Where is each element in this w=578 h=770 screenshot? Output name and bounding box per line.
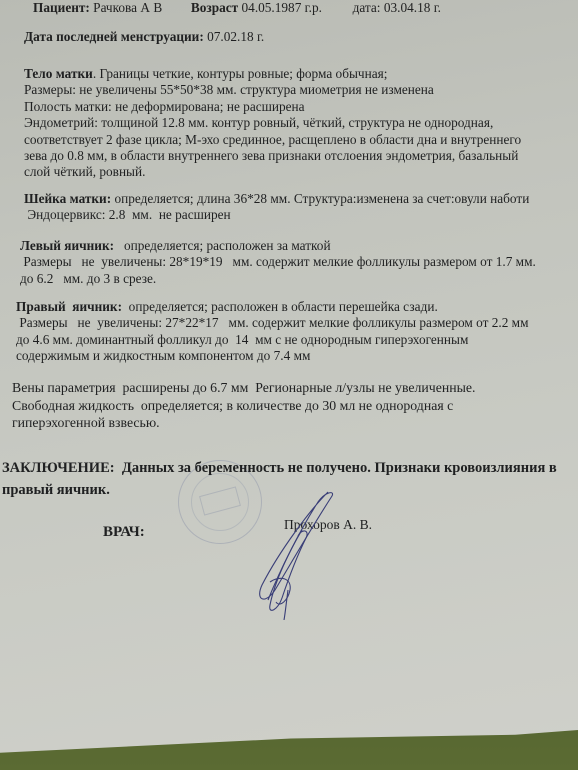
uterus-line: слой чёткий, ровный. — [24, 164, 521, 180]
doctor-label: ВРАЧ: — [103, 524, 145, 540]
conclusion-label: ЗАКЛЮЧЕНИЕ: — [2, 460, 115, 476]
patient-label: Пациент: — [33, 0, 90, 15]
left-ovary-section: Левый яичник: определяется; расположен з… — [20, 238, 536, 287]
last-menstruation: Дата последней менструации: 07.02.18 г. — [24, 29, 264, 45]
cervix-line: определяется; длина 36*28 мм. Структура:… — [111, 191, 529, 206]
patient-header: Пациент: Рачкова А В Возраст 04.05.1987 … — [33, 0, 441, 16]
right-ovary-line: содержимым и жидкостным компонентом до 7… — [16, 348, 529, 364]
cervix-section: Шейка матки: определяется; длина 36*28 м… — [24, 191, 529, 224]
uterus-line: соответствует 2 фазе цикла; М-эхо средин… — [24, 132, 521, 148]
uterus-line: . Границы четкие, контуры ровные; форма … — [93, 66, 388, 81]
left-ovary-line: определяется; расположен за маткой — [114, 238, 331, 253]
uterus-title: Тело матки — [24, 66, 93, 81]
cervix-line: Эндоцервикс: 2.8 мм. не расширен — [24, 207, 529, 223]
lmp-label: Дата последней менструации: — [24, 29, 204, 44]
uterus-section: Тело матки. Границы четкие, контуры ровн… — [24, 66, 521, 181]
date-label: дата: — [353, 0, 381, 15]
date-value: 03.04.18 г. — [384, 0, 441, 15]
findings-line: Свободная жидкость определяется; в колич… — [12, 397, 475, 415]
birth-date: 04.05.1987 г.р. — [242, 0, 322, 15]
signature-icon — [240, 490, 350, 620]
left-ovary-line: Размеры не увеличены: 28*19*19 мм. содер… — [20, 254, 536, 270]
age-label: Возраст — [191, 0, 238, 15]
conclusion-line: Данных за беременность не получено. Приз… — [115, 460, 557, 476]
patient-name: Рачкова А В — [93, 0, 162, 15]
findings-line: Вены параметрия расширены до 6.7 мм Реги… — [12, 379, 475, 397]
right-ovary-line: Размеры не увеличены: 27*22*17 мм. содер… — [16, 315, 529, 331]
lmp-value: 07.02.18 г. — [207, 29, 264, 44]
uterus-line: Полость матки: не деформирована; не расш… — [24, 99, 521, 115]
uterus-line: Размеры: не увеличены 55*50*38 мм. струк… — [24, 82, 521, 98]
other-findings: Вены параметрия расширены до 6.7 мм Реги… — [12, 379, 475, 432]
right-ovary-line: определяется; расположен в области переш… — [122, 299, 438, 314]
right-ovary-line: до 4.6 мм. доминантный фолликул до 14 мм… — [16, 332, 529, 348]
uterus-line: зева до 0.8 мм, в области внутреннего зе… — [24, 148, 521, 164]
photo-scene: Пациент: Рачкова А В Возраст 04.05.1987 … — [0, 0, 578, 770]
left-ovary-line: до 6.2 мм. до 3 в срезе. — [20, 271, 536, 287]
cervix-title: Шейка матки: — [24, 191, 111, 206]
findings-line: гиперэхогенной взвесью. — [12, 414, 475, 432]
uterus-line: Эндометрий: толщиной 12.8 мм. контур ров… — [24, 115, 521, 131]
left-ovary-title: Левый яичник: — [20, 238, 114, 253]
right-ovary-section: Правый яичник: определяется; расположен … — [16, 299, 529, 365]
right-ovary-title: Правый яичник: — [16, 299, 122, 314]
